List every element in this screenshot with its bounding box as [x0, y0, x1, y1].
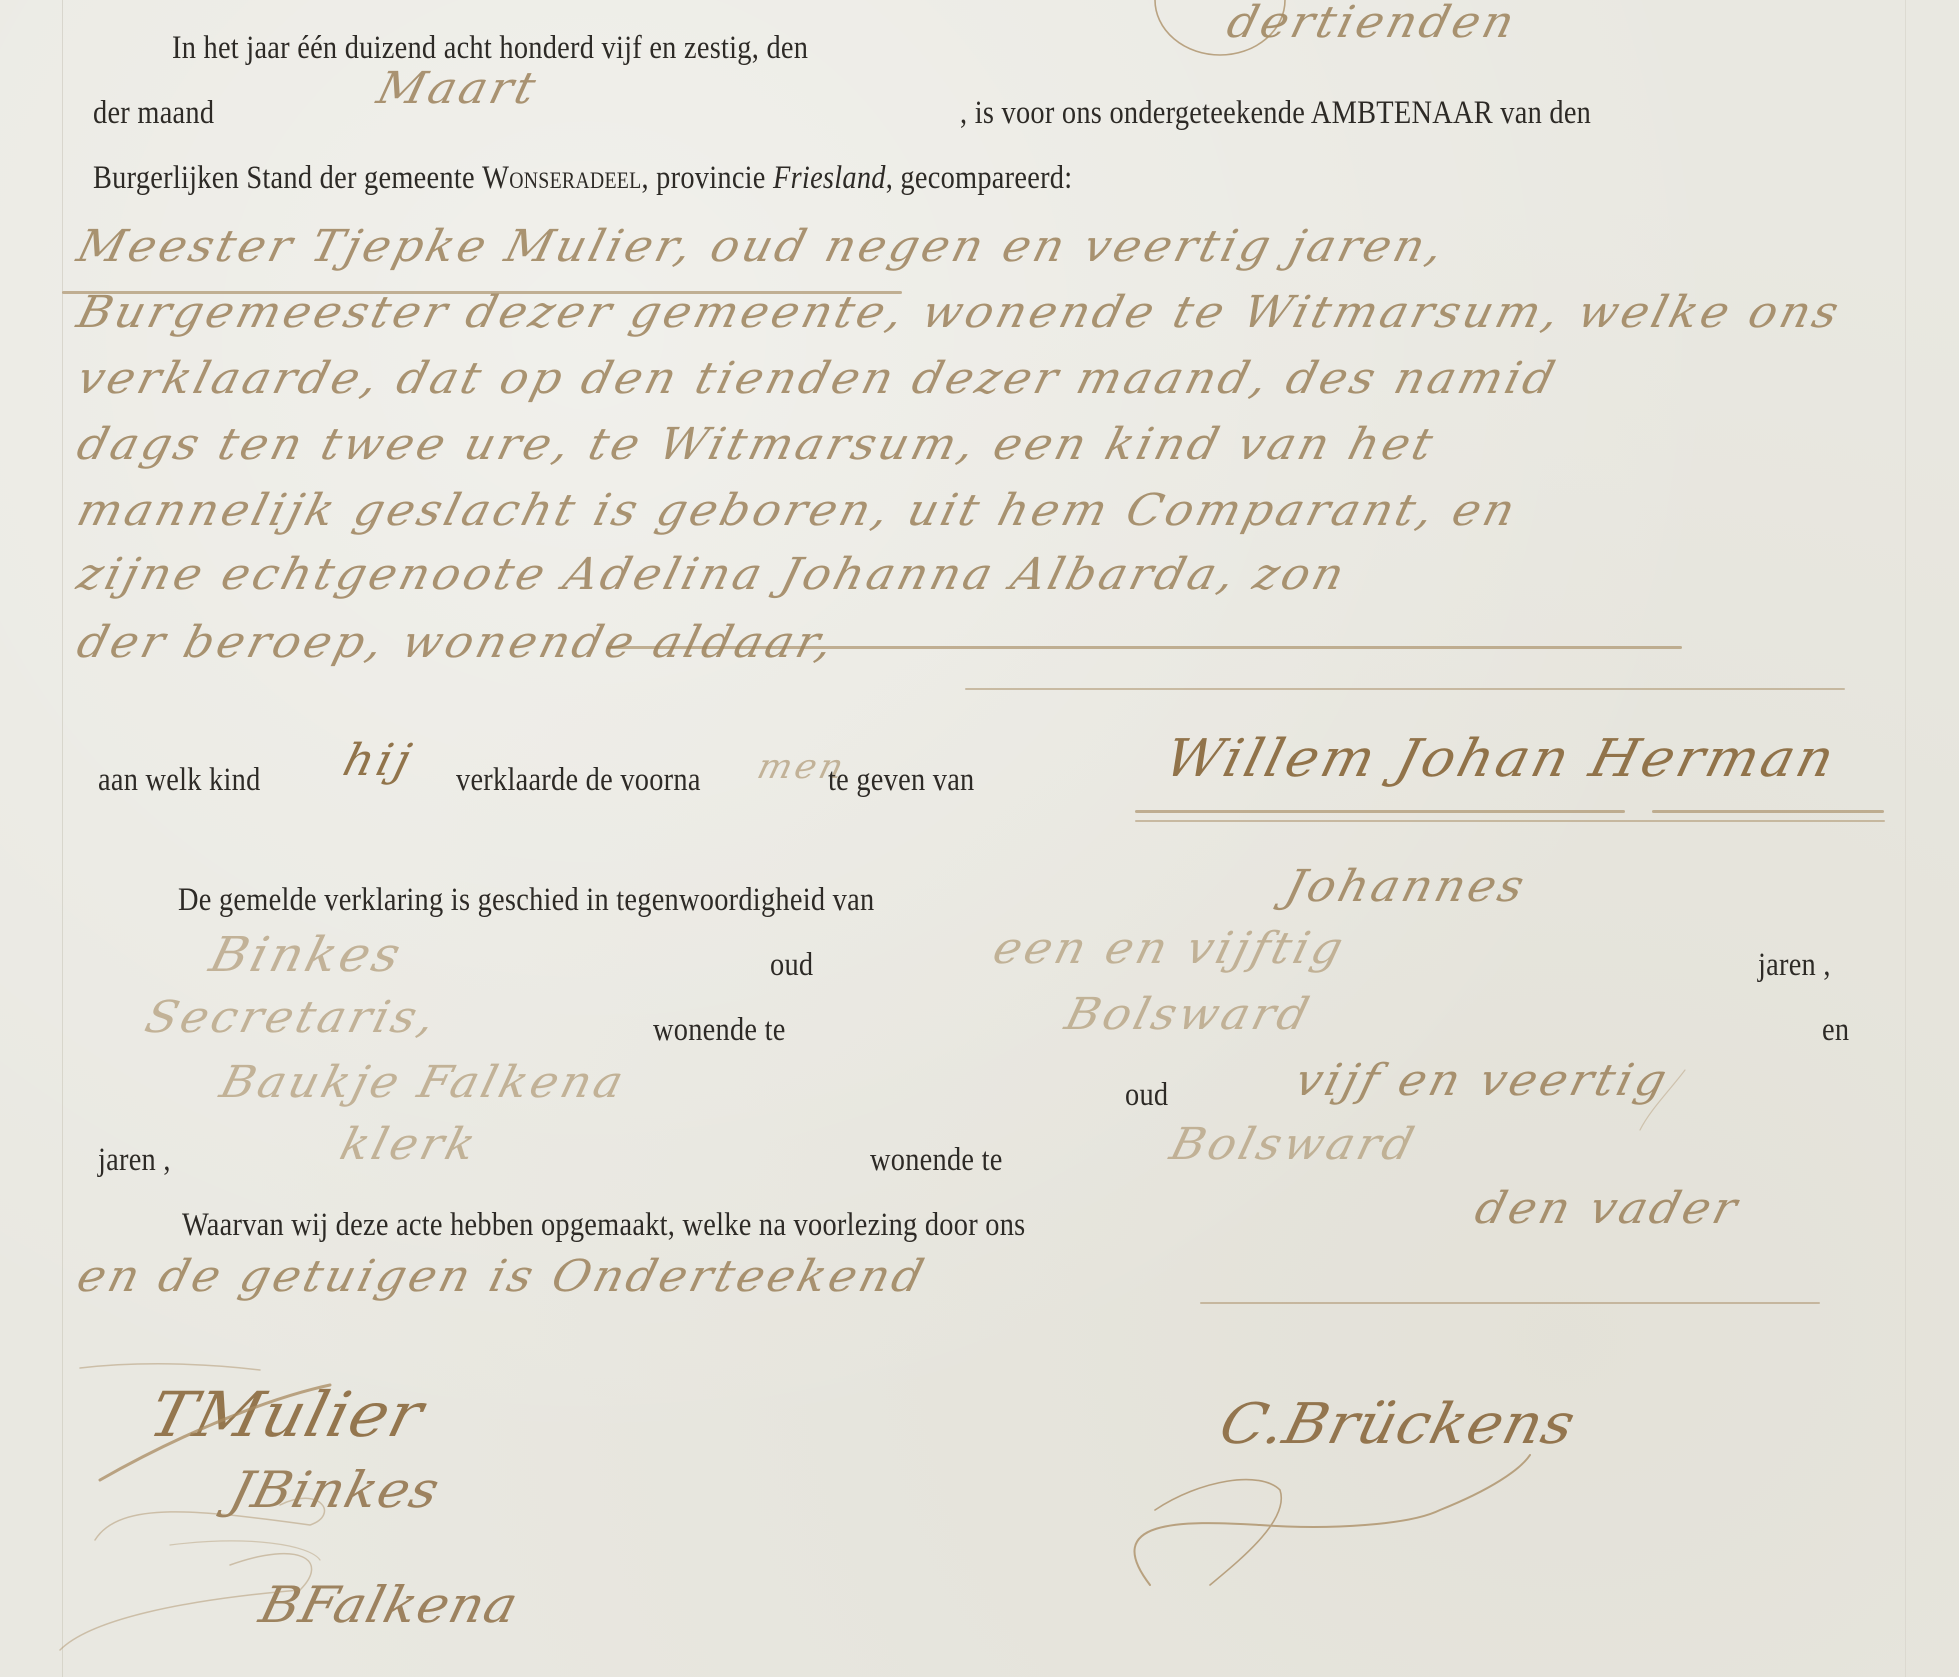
signature-flourishes-icon: [0, 0, 1959, 1677]
